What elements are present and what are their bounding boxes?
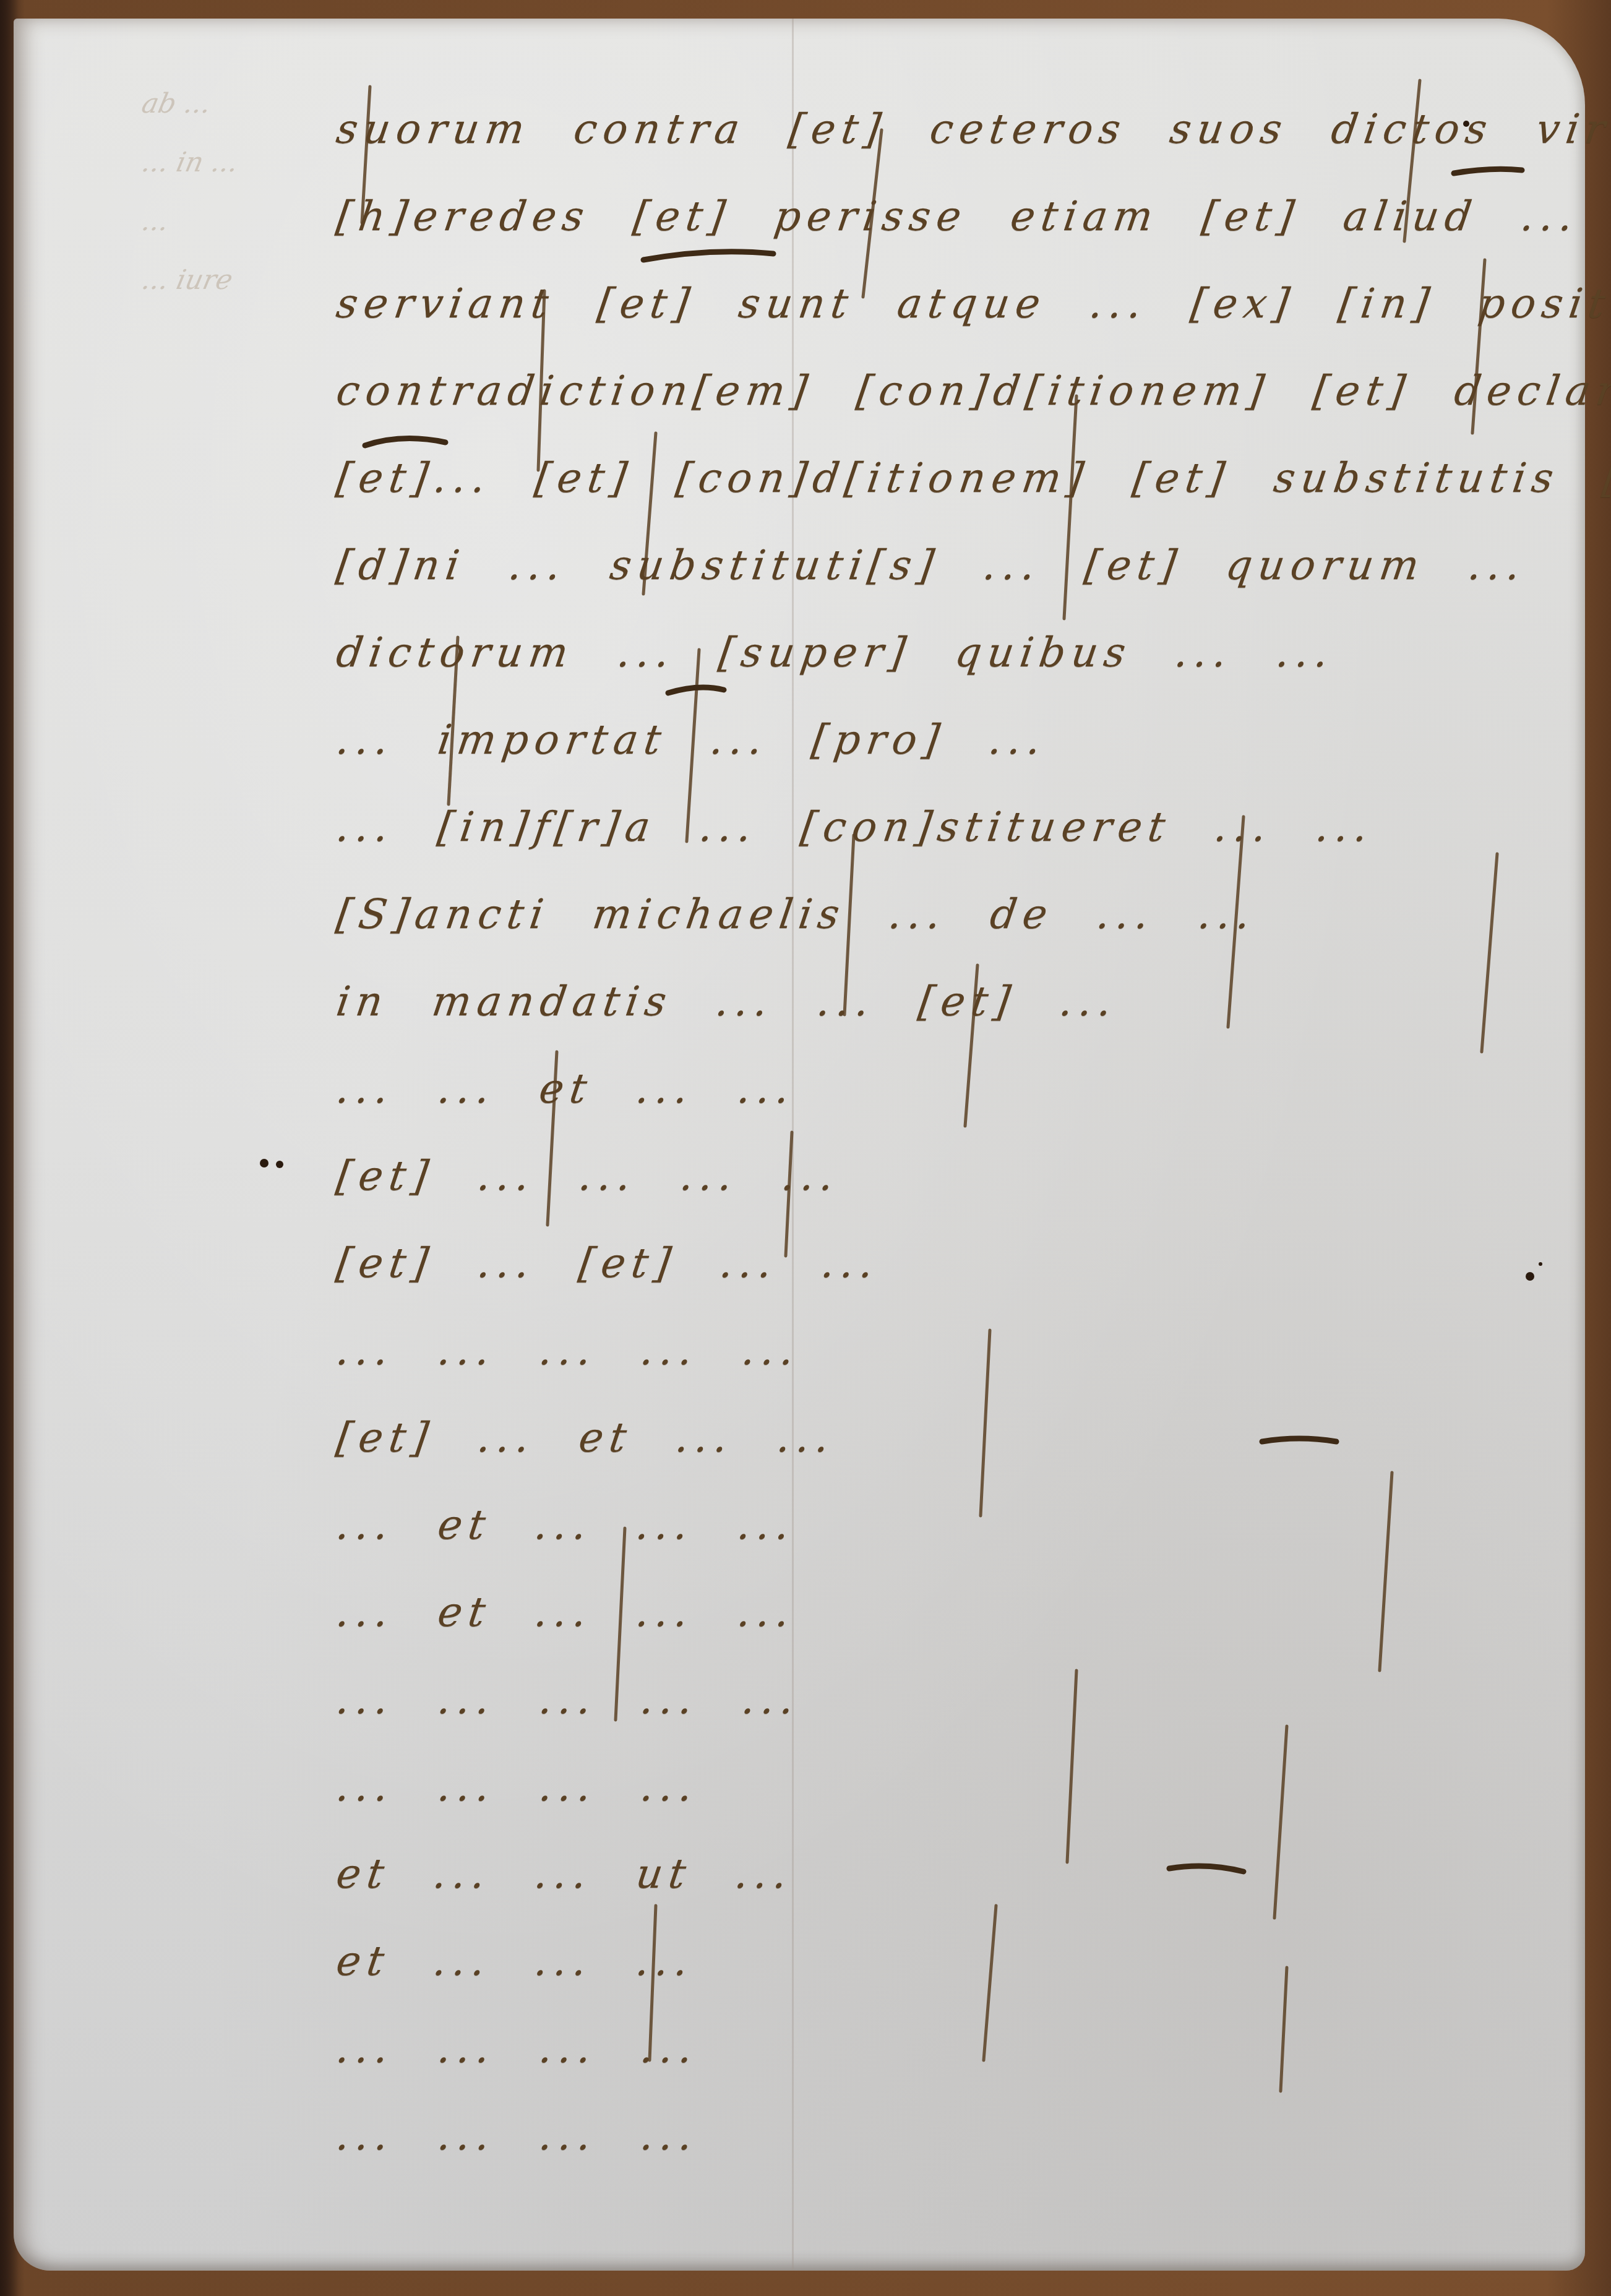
- text-line-24: ... ... ... ...: [328, 2112, 1553, 2199]
- text-line-9: ... [in]f[r]a ... [con]stitueret ... ...: [328, 803, 1553, 890]
- text-line-14: [et] ... [et] ... ...: [328, 1239, 1553, 1326]
- text-line-4: contradiction[em] [con]d[itionem] [et] d…: [328, 367, 1553, 454]
- text-line-15: ... ... ... ... ...: [328, 1326, 1553, 1414]
- text-line-3: serviant [et] sunt atque ... [ex] [in] p…: [328, 280, 1553, 367]
- text-line-16: [et] ... et ... ...: [328, 1414, 1553, 1501]
- text-line-13: [et] ... ... ... ...: [328, 1152, 1553, 1239]
- text-line-10: [S]ancti michaelis ... de ... ...: [328, 890, 1553, 978]
- text-line-11: in mandatis ... ... [et] ...: [328, 978, 1553, 1065]
- text-line-22: et ... ... ...: [328, 1937, 1553, 2024]
- text-line-23: ... ... ... ...: [328, 2024, 1553, 2112]
- text-line-8: ... importat ... [pro] ...: [328, 716, 1553, 803]
- text-line-7: dictorum ... [super] quibus ... ...: [328, 629, 1553, 716]
- text-line-1: suorum contra [et] ceteros suos dictos v…: [328, 105, 1553, 192]
- text-line-5: [et]... [et] [con]d[itionem] [et] substi…: [328, 454, 1553, 541]
- text-line-19: ... ... ... ... ...: [328, 1675, 1553, 1763]
- text-line-18: ... et ... ... ...: [328, 1588, 1553, 1675]
- text-line-21: et ... ... ut ...: [328, 1850, 1553, 1937]
- text-line-6: [d]ni ... substituti[s] ... [et] quorum …: [328, 541, 1553, 629]
- text-line-12: ... ... et ... ...: [328, 1065, 1553, 1152]
- text-line-20: ... ... ... ...: [328, 1763, 1553, 1850]
- text-line-17: ... et ... ... ...: [328, 1501, 1553, 1588]
- manuscript-text-block: suorum contra [et] ceteros suos dictos v…: [334, 105, 1547, 2199]
- text-line-2: [h]eredes [et] perisse etiam [et] aliud …: [328, 192, 1553, 280]
